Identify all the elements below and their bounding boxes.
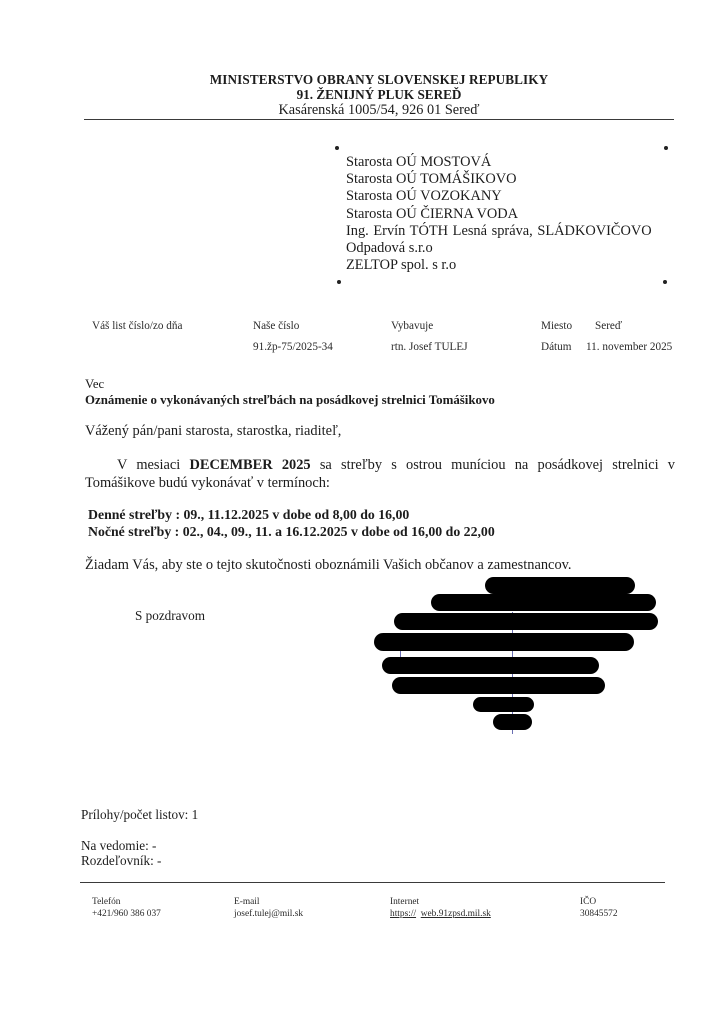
redaction-bar: [394, 613, 658, 630]
email-value[interactable]: josef.tulej@mil.sk: [234, 908, 303, 920]
footer-ico: IČO 30845572: [580, 896, 618, 920]
date-label: Dátum: [541, 341, 571, 353]
attachments-count: Prílohy/počet listov: 1: [81, 807, 198, 823]
redaction-bar: [493, 714, 532, 730]
internet-link-prefix[interactable]: https://: [390, 909, 416, 919]
main-paragraph: V mesiaci DECEMBER 2025 sa streľby s ost…: [85, 457, 675, 492]
recipient-line: Odpadová s.r.o: [346, 240, 652, 257]
ministry-name: MINISTERSTVO OBRANY SLOVENSKEJ REPUBLIKY: [84, 72, 674, 88]
subject-title: Oznámenie o vykonávaných streľbách na po…: [85, 393, 495, 408]
para-prefix: V mesiaci: [117, 457, 189, 473]
redaction-bar: [431, 594, 656, 611]
place-label: Miesto: [541, 320, 572, 332]
footer-divider: [80, 882, 665, 883]
day-shooting-schedule: Denné streľby : 09., 11.12.2025 v dobe o…: [88, 507, 409, 523]
redaction-bar: [485, 577, 635, 594]
internet-label: Internet: [390, 896, 491, 908]
handled-by-value: rtn. Josef TULEJ: [391, 341, 468, 353]
recipient-line: Starosta OÚ ČIERNA VODA: [346, 206, 652, 223]
recipient-line: Starosta OÚ MOSTOVÁ: [346, 154, 652, 171]
handled-by-label: Vybavuje: [391, 320, 433, 332]
unit-address: Kasárenská 1005/54, 926 01 Sereď: [84, 102, 674, 119]
recipient-block: Starosta OÚ MOSTOVÁ Starosta OÚ TOMÁŠIKO…: [346, 154, 652, 274]
recipient-line: Starosta OÚ VOZOKANY: [346, 188, 652, 205]
phone-value: +421/960 386 037: [92, 908, 161, 920]
recipient-line: Starosta OÚ TOMÁŠIKOVO: [346, 171, 652, 188]
redaction-bar: [473, 697, 534, 712]
footer-phone: Telefón +421/960 386 037: [92, 896, 161, 920]
ico-label: IČO: [580, 896, 618, 908]
cc-line: Na vedomie: -: [81, 838, 156, 854]
recipient-line: ZELTOP spol. s r.o: [346, 257, 652, 274]
place-value: Sereď: [595, 320, 622, 332]
distribution-line: Rozdeľovník: -: [81, 853, 161, 869]
closing-greeting: S pozdravom: [135, 608, 205, 624]
request-text: Žiadam Vás, aby ste o tejto skutočnosti …: [85, 557, 572, 574]
corner-mark-bottom-right: [663, 280, 667, 284]
salutation: Vážený pán/pani starosta, starostka, ria…: [85, 423, 341, 440]
corner-mark-bottom-left: [337, 280, 341, 284]
email-label: E-mail: [234, 896, 303, 908]
phone-label: Telefón: [92, 896, 161, 908]
redaction-bar: [392, 677, 605, 694]
our-number-label: Naše číslo: [253, 320, 299, 332]
header-divider: [84, 119, 674, 120]
our-number-value: 91.žp-75/2025-34: [253, 341, 333, 353]
ico-value: 30845572: [580, 908, 618, 920]
night-shooting-schedule: Nočné streľby : 02., 04., 09., 11. a 16.…: [88, 524, 495, 540]
unit-name: 91. ŽENIJNÝ PLUK SEREĎ: [84, 87, 674, 103]
corner-mark-top-left: [335, 146, 339, 150]
recipient-line: Ing. Ervín TÓTH Lesná správa, SLÁDKOVIČO…: [346, 223, 652, 240]
subject-label: Vec: [85, 377, 104, 392]
para-month: DECEMBER 2025: [189, 457, 310, 473]
corner-mark-top-right: [664, 146, 668, 150]
internet-link[interactable]: web.91zpsd.mil.sk: [421, 909, 491, 919]
footer-internet: Internet https:// web.91zpsd.mil.sk: [390, 896, 491, 920]
your-letter-label: Váš list číslo/zo dňa: [92, 320, 182, 332]
redaction-bar: [382, 657, 599, 674]
footer-email: E-mail josef.tulej@mil.sk: [234, 896, 303, 920]
redaction-bar: [374, 633, 634, 651]
date-value: 11. november 2025: [586, 341, 672, 353]
